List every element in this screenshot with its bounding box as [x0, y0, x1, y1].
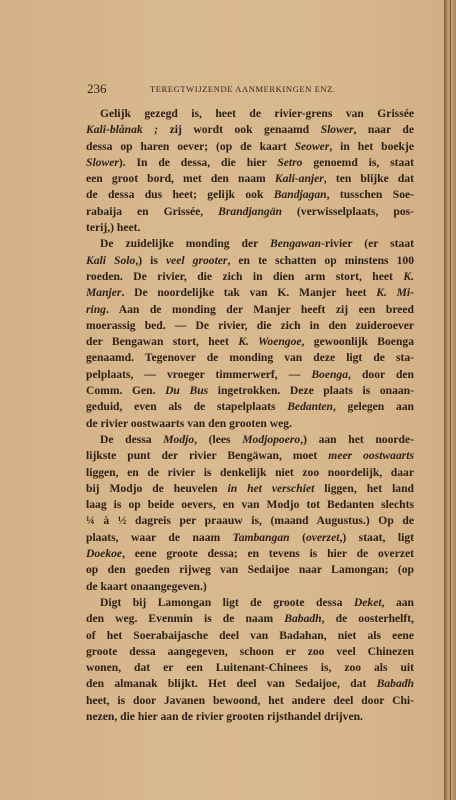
paragraph: Digt bij Lamongan ligt de groote dessa D… — [86, 595, 414, 725]
text-run: , gewoonlijk Boenga — [302, 335, 414, 348]
text-run: op den goeden rijweg van Sedaijoe naar L… — [86, 563, 414, 576]
text-run: ). In de dessa, die hier — [119, 156, 277, 169]
italic-term: Seower — [295, 140, 330, 153]
text-run: , door den — [348, 368, 414, 381]
text-run: den almanak blijkt. Het deel van Sedaijo… — [86, 677, 377, 690]
text-line: groote dessa aangegeven, schoon er zoo v… — [86, 644, 414, 660]
text-run: plaats, waar de naam — [86, 531, 233, 544]
text-line: ring. Aan de monding der Manjer heeft zi… — [86, 302, 414, 318]
text-line: de kaart onaangegeven.) — [86, 579, 414, 595]
italic-term: K. Woengoe — [238, 335, 301, 348]
text-run: de rivier oostwaarts van den grooten weg… — [86, 417, 292, 430]
text-line: Gelijk gezegd is, heet de rivier-grens v… — [86, 106, 414, 122]
text-line: bij Modjo de heuvelen in het verschiet l… — [86, 481, 414, 497]
text-line: den weg. Evenmin is de naam Babadh, de o… — [86, 611, 414, 627]
text-run: genoemd is, staat — [302, 156, 414, 169]
italic-term: overzet — [306, 531, 339, 544]
text-line: lijkste punt der rivier Bengäwan, moet m… — [86, 448, 414, 464]
text-line: liggen, en de rivier is denkelijk niet z… — [86, 465, 414, 481]
italic-term: Brandjangän — [218, 205, 282, 218]
text-run: (verwisselplaats, pos- — [282, 205, 414, 218]
text-run: , de oosterhelft, — [322, 612, 414, 625]
text-line: de dessa dus heet; gelijk ook Bandjagan,… — [86, 187, 414, 203]
text-run: ,) staat, ligt — [339, 531, 414, 544]
text-line: Slower). In de dessa, die hier Setro gen… — [86, 155, 414, 171]
text-run: roeden. De rivier, die zich in dien arm … — [86, 270, 403, 283]
text-line: een groot bord, met den naam Kali-anjer,… — [86, 171, 414, 187]
text-run: ,) is — [135, 254, 166, 267]
text-run: Gelijk gezegd is, heet de rivier-grens v… — [100, 107, 414, 120]
text-line: Kali Solo,) is veel grooter, en te schat… — [86, 253, 414, 269]
text-run: geduid, even als de stapelplaats — [86, 400, 287, 413]
italic-term: Tambangan — [233, 531, 290, 544]
text-run: , gelegen aan — [333, 400, 414, 413]
text-run: ingetrokken. Deze plaats is onaan- — [208, 384, 414, 397]
paragraph: De zuidelijke monding der Bengawan-rivie… — [86, 236, 414, 432]
paragraph: De dessa Modjo, (lees Modjopoero,) aan h… — [86, 432, 414, 595]
page-header: 236 TEREGTWIJZENDE AANMERKINGEN ENZ. — [87, 81, 417, 97]
text-run: , eene groote dessa; en tevens is hier d… — [122, 547, 414, 560]
text-line: de rivier oostwaarts van den grooten weg… — [86, 416, 414, 432]
text-run: . Aan de monding der Manjer heeft zij ee… — [106, 303, 414, 316]
italic-term: meer oostwaarts — [328, 449, 414, 462]
text-run: Digt bij Lamongan ligt de groote dessa — [100, 596, 354, 609]
italic-term: in het verschiet — [227, 482, 314, 495]
text-run: liggen, en de rivier is denkelijk niet z… — [86, 466, 414, 479]
italic-term: veel grooter — [166, 254, 228, 267]
italic-term: Doekoe — [86, 547, 122, 560]
page-fold-line — [450, 0, 451, 800]
text-run: , en te schatten op minstens 100 — [227, 254, 414, 267]
text-line: ¼ à ½ dagreis per praauw is, (maand Augu… — [86, 513, 414, 529]
text-run: , naar de — [354, 123, 415, 136]
text-line: rabaija en Grissée, Brandjangän (verwiss… — [86, 204, 414, 220]
text-line: terij,) heet. — [86, 220, 414, 236]
italic-term: Slower — [321, 123, 354, 136]
italic-term: Deket — [354, 596, 382, 609]
text-line: Digt bij Lamongan ligt de groote dessa D… — [86, 595, 414, 611]
text-line: De zuidelijke monding der Bengawan-rivie… — [86, 236, 414, 252]
text-run: de dessa dus heet; gelijk ook — [86, 188, 274, 201]
text-run: , tusschen Soe- — [327, 188, 414, 201]
text-run: de kaart onaangegeven.) — [86, 580, 207, 593]
text-line: nezen, die hier aan de rivier grooten ri… — [86, 709, 414, 725]
text-run: De dessa — [100, 433, 163, 446]
text-run: bij Modjo de heuvelen — [86, 482, 227, 495]
italic-term: Kali-blånak ; — [86, 123, 158, 136]
text-run: of het Soerabaijasche deel van Badahan, … — [86, 629, 414, 642]
text-run: een groot bord, met den naam — [86, 172, 275, 185]
italic-term: Modjopoero — [242, 433, 300, 446]
text-run: dessa op haren oever; (op de kaart — [86, 140, 295, 153]
italic-term: Modjo — [163, 433, 194, 446]
text-line: Comm. Gen. Du Bus ingetrokken. Deze plaa… — [86, 383, 414, 399]
italic-term: Bedanten — [287, 400, 333, 413]
italic-term: Kali-anjer — [275, 172, 324, 185]
text-run: -rivier (er staat — [321, 237, 414, 250]
text-run: ,) aan het noorde- — [300, 433, 414, 446]
text-line: De dessa Modjo, (lees Modjopoero,) aan h… — [86, 432, 414, 448]
body-text: Gelijk gezegd is, heet de rivier-grens v… — [86, 106, 414, 725]
text-line: geduid, even als de stapelplaats Bedante… — [86, 399, 414, 415]
text-run: , (lees — [194, 433, 242, 446]
text-run: nezen, die hier aan de rivier grooten ri… — [86, 710, 363, 723]
paragraph: Gelijk gezegd is, heet de rivier-grens v… — [86, 106, 414, 236]
text-line: dessa op haren oever; (op de kaart Seowe… — [86, 139, 414, 155]
text-run: , in het boekje — [329, 140, 414, 153]
text-run: terij,) heet. — [86, 221, 140, 234]
text-run: lijkste punt der rivier Bengäwan, moet — [86, 449, 328, 462]
text-line: plaats, waar de naam Tambangan (overzet,… — [86, 530, 414, 546]
italic-term: Manjer — [86, 286, 121, 299]
text-run: den weg. Evenmin is de naam — [86, 612, 284, 625]
text-run: , ten blijke dat — [324, 172, 414, 185]
text-line: Kali-blånak ; zij wordt ook genaamd Slow… — [86, 122, 414, 138]
text-run: der Bengawan stort, heet — [86, 335, 238, 348]
italic-term: Bandjagan — [274, 188, 327, 201]
italic-term: Boenga — [311, 368, 348, 381]
text-run: zij wordt ook genaamd — [158, 123, 321, 136]
text-run: laag is op beide oevers, en van Modjo to… — [86, 498, 414, 511]
text-run: rabaija en Grissée, — [86, 205, 218, 218]
text-run: wonen, dat er een Luitenant-Chinees is, … — [86, 661, 414, 674]
text-run: heet, is door Javanen bewoond, het ander… — [86, 694, 414, 707]
italic-term: ring — [86, 303, 106, 316]
text-line: op den goeden rijweg van Sedaijoe naar L… — [86, 562, 414, 578]
italic-term: Babadh — [284, 612, 321, 625]
text-run: groote dessa aangegeven, schoon er zoo v… — [86, 645, 414, 658]
text-line: laag is op beide oevers, en van Modjo to… — [86, 497, 414, 513]
text-run: ( — [290, 531, 306, 544]
italic-term: Setro — [277, 156, 302, 169]
text-line: Doekoe, eene groote dessa; en tevens is … — [86, 546, 414, 562]
text-run: , aan — [382, 596, 414, 609]
text-run: Comm. Gen. — [86, 384, 165, 397]
text-run: liggen, het land — [314, 482, 414, 495]
italic-term: Slower — [86, 156, 119, 169]
text-run: genaamd. Tegenover de monding van deze l… — [86, 351, 414, 364]
text-line: Manjer. De noordelijke tak van K. Manjer… — [86, 285, 414, 301]
italic-term: K. Mi- — [376, 286, 414, 299]
text-line: genaamd. Tegenover de monding van deze l… — [86, 350, 414, 366]
text-run: ¼ à ½ dagreis per praauw is, (maand Augu… — [86, 514, 414, 527]
text-line: of het Soerabaijasche deel van Badahan, … — [86, 628, 414, 644]
text-line: den almanak blijkt. Het deel van Sedaijo… — [86, 676, 414, 692]
page-number: 236 — [87, 81, 107, 97]
text-run: . De noordelijke tak van K. Manjer heet — [121, 286, 376, 299]
italic-term: Bengawan — [270, 237, 321, 250]
italic-term: Kali Solo — [86, 254, 135, 267]
text-run: pelplaats, — vroeger timmerwerf, — — [86, 368, 311, 381]
running-head: TEREGTWIJZENDE AANMERKINGEN ENZ. — [150, 84, 336, 94]
italic-term: Babadh — [377, 677, 414, 690]
text-line: wonen, dat er een Luitenant-Chinees is, … — [86, 660, 414, 676]
text-line: heet, is door Javanen bewoond, het ander… — [86, 693, 414, 709]
text-run: moerassig bed. — De rivier, die zich in … — [86, 319, 414, 332]
text-line: pelplaats, — vroeger timmerwerf, — Boeng… — [86, 367, 414, 383]
text-line: moerassig bed. — De rivier, die zich in … — [86, 318, 414, 334]
text-run: De zuidelijke monding der — [100, 237, 270, 250]
text-line: der Bengawan stort, heet K. Woengoe, gew… — [86, 334, 414, 350]
text-line: roeden. De rivier, die zich in dien arm … — [86, 269, 414, 285]
italic-term: K. — [403, 270, 414, 283]
italic-term: Du Bus — [165, 384, 208, 397]
